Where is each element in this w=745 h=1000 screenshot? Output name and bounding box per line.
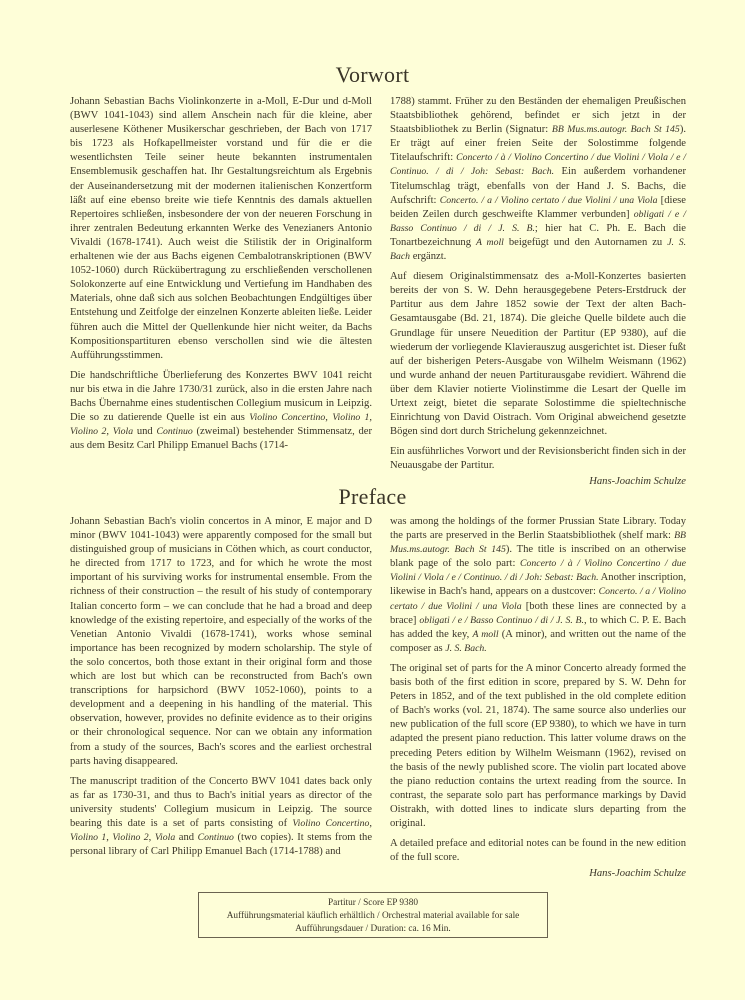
preface-right-column: was among the holdings of the former Pru…: [390, 515, 686, 881]
score-preface-page: Vorwort Johann Sebastian Bachs Violinkon…: [0, 0, 745, 1000]
preface-paragraph: The manuscript tradition of the Concerto…: [70, 775, 372, 860]
italic-source-title: Continuo: [156, 426, 192, 437]
preface-paragraph: A detailed preface and editorial notes c…: [390, 837, 686, 865]
italic-source-title: obligati / e / Basso Continuo / di / J. …: [390, 209, 686, 234]
italic-source-title: J. S. Bach.: [445, 643, 486, 654]
vorwort-paragraph: 1788) stammt. Früher zu den Beständen de…: [390, 95, 686, 264]
italic-source-title: BB Mus.ms.autogr. Bach St 145: [552, 124, 680, 135]
preface-left-column: Johann Sebastian Bach's violin concertos…: [70, 515, 372, 865]
orchestral-material-line: Aufführungsmaterial käuflich erhältlich …: [199, 910, 547, 923]
italic-source-title: A moll: [476, 237, 504, 248]
vorwort-right-column: 1788) stammt. Früher zu den Beständen de…: [390, 95, 686, 490]
preface-paragraph: was among the holdings of the former Pru…: [390, 515, 686, 656]
vorwort-paragraph: Ein ausführliches Vorwort und der Revisi…: [390, 445, 686, 473]
preface-paragraph: The original set of parts for the A mino…: [390, 662, 686, 831]
score-number-line: Partitur / Score EP 9380: [199, 897, 547, 910]
vorwort-left-column: Johann Sebastian Bachs Violinkonzerte in…: [70, 95, 372, 459]
italic-source-title: Concerto. / a / Violino certato / due Vi…: [440, 195, 658, 206]
duration-line: Aufführungsdauer / Duration: ca. 16 Min.: [199, 923, 547, 936]
italic-source-title: J. S. Bach: [390, 237, 686, 262]
italic-source-title: Violino 1: [332, 412, 369, 423]
italic-source-title: Violino 2: [112, 832, 148, 843]
italic-source-title: Violino Concertino: [249, 412, 325, 423]
italic-source-title: Concerto / à / Violino Concertino / due …: [390, 152, 686, 177]
italic-source-title: Continuo: [198, 832, 234, 843]
vorwort-heading: Vorwort: [0, 62, 745, 88]
preface-paragraph: Johann Sebastian Bach's violin concertos…: [70, 515, 372, 769]
italic-source-title: Violino Concertino: [292, 818, 369, 829]
italic-source-title: Concerto / à / Violino Concertino / due …: [390, 558, 686, 583]
preface-heading: Preface: [0, 484, 745, 510]
italic-source-title: Violino 2: [70, 426, 106, 437]
italic-source-title: BB Mus.ms.autogr. Bach St 145: [390, 530, 686, 555]
italic-source-title: Viola: [155, 832, 175, 843]
vorwort-paragraph: Die handschriftliche Überlieferung des K…: [70, 369, 372, 454]
italic-source-title: Viola: [113, 426, 133, 437]
vorwort-paragraph: Johann Sebastian Bachs Violinkonzerte in…: [70, 95, 372, 363]
preface-signature: Hans-Joachim Schulze: [390, 867, 686, 881]
vorwort-paragraph: Auf diesem Originalstimmensatz des a-Mol…: [390, 270, 686, 439]
italic-source-title: A moll: [472, 629, 498, 640]
edition-info-box: Partitur / Score EP 9380 Aufführungsmate…: [198, 892, 548, 938]
italic-source-title: obligati / e / Basso Continuo / di / J. …: [419, 615, 584, 626]
italic-source-title: Violino 1: [70, 832, 106, 843]
italic-source-title: Concerto. / a / Violino certato / due Vi…: [390, 586, 686, 611]
